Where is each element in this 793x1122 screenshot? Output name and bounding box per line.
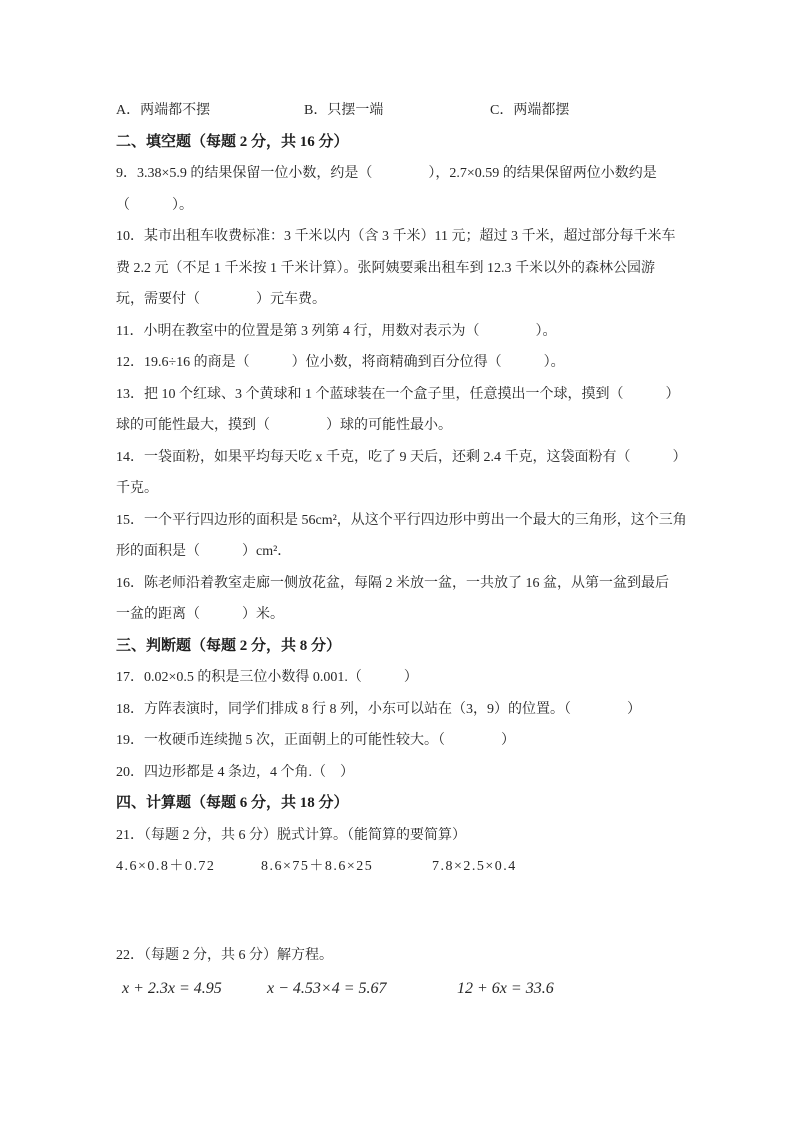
exam-paper-page: A．两端都不摆 B．只摆一端 C．两端都摆 二、填空题（每题 2 分，共 16 … xyxy=(0,0,793,1122)
expression-3: 7.8×2.5×0.4 xyxy=(432,851,517,883)
question-11: 11．小明在教室中的位置是第 3 列第 4 行，用数对表示为（ ）。 xyxy=(116,316,723,348)
question8-choices-row: A．两端都不摆 B．只摆一端 C．两端都摆 xyxy=(116,95,723,127)
question-18: 18．方阵表演时，同学们排成 8 行 8 列，小东可以站在（3，9）的位置。（ … xyxy=(116,694,723,726)
equation-2: x − 4.53×4 = 5.67 xyxy=(267,973,457,1005)
question-21: 21．（每题 2 分，共 6 分）脱式计算。（能简算的要简算） xyxy=(116,820,723,852)
choice-b: B．只摆一端 xyxy=(304,95,490,127)
equation-3: 12 + 6x = 33.6 xyxy=(457,973,554,1005)
section-calc-heading: 四、计算题（每题 6 分，共 18 分） xyxy=(116,788,723,820)
section-fill-in-heading: 二、填空题（每题 2 分，共 16 分） xyxy=(116,127,723,159)
equation-1: x + 2.3x = 4.95 xyxy=(122,973,267,1005)
expression-2: 8.6×75＋8.6×25 xyxy=(261,851,432,883)
question-19: 19．一枚硬币连续抛 5 次，正面朝上的可能性较大。（ ） xyxy=(116,725,723,757)
expression-1: 4.6×0.8＋0.72 xyxy=(116,851,261,883)
calc-expressions-row: 4.6×0.8＋0.72 8.6×75＋8.6×25 7.8×2.5×0.4 xyxy=(116,851,723,883)
question-17: 17．0.02×0.5 的积是三位小数得 0.001.（ ） xyxy=(116,662,723,694)
question-9: 9．3.38×5.9 的结果保留一位小数，约是（ ），2.7×0.59 的结果保… xyxy=(116,158,723,221)
solve-equations-row: x + 2.3x = 4.95 x − 4.53×4 = 5.67 12 + 6… xyxy=(116,973,723,1005)
question-22: 22．（每题 2 分，共 6 分）解方程。 xyxy=(116,940,723,972)
question-10: 10．某市出租车收费标准：3 千米以内（含 3 千米）11 元；超过 3 千米，… xyxy=(116,221,723,316)
question-14: 14．一袋面粉，如果平均每天吃 x 千克，吃了 9 天后，还剩 2.4 千克，这… xyxy=(116,442,723,505)
question-15: 15．一个平行四边形的面积是 56cm²，从这个平行四边形中剪出一个最大的三角形… xyxy=(116,505,723,568)
question-13: 13．把 10 个红球、3 个黄球和 1 个蓝球装在一个盒子里，任意摸出一个球，… xyxy=(116,379,723,442)
question-16: 16．陈老师沿着教室走廊一侧放花盆，每隔 2 米放一盆，一共放了 16 盆，从第… xyxy=(116,568,723,631)
choice-a: A．两端都不摆 xyxy=(116,95,304,127)
question-20: 20．四边形都是 4 条边，4 个角.（ ） xyxy=(116,757,723,789)
question-12: 12．19.6÷16 的商是（ ）位小数，将商精确到百分位得（ ）。 xyxy=(116,347,723,379)
choice-c: C．两端都摆 xyxy=(490,95,569,127)
section-judge-heading: 三、判断题（每题 2 分，共 8 分） xyxy=(116,631,723,663)
